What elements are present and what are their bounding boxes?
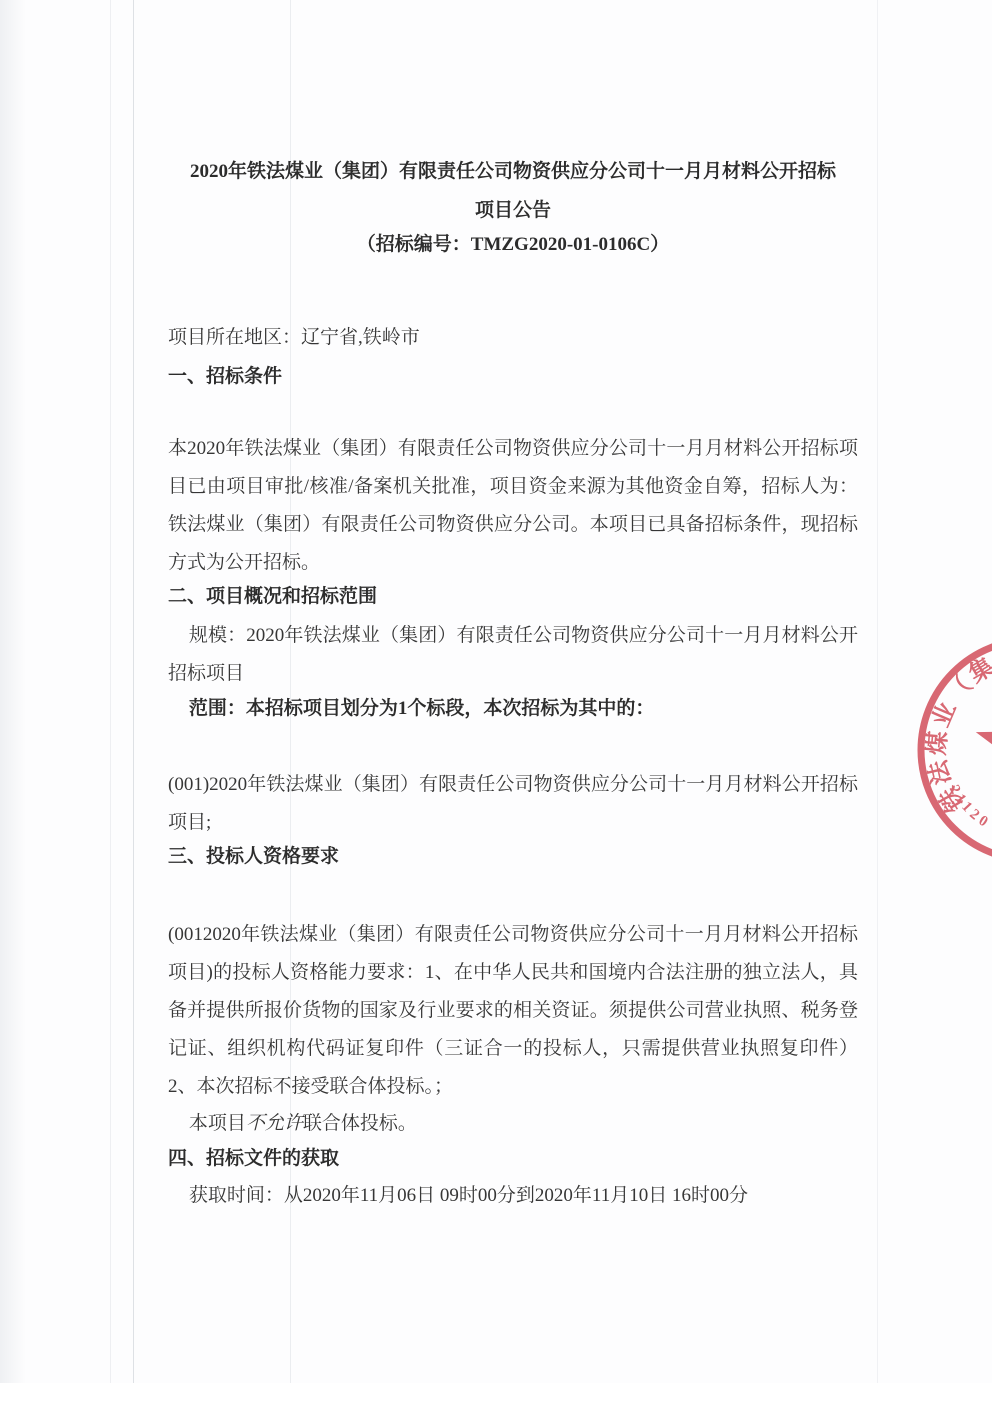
svg-text:21120: 21120	[946, 783, 992, 833]
document-title-line1: 2020年铁法煤业（集团）有限责任公司物资供应分公司十一月月材料公开招标	[168, 153, 858, 191]
seal-ring	[921, 640, 992, 860]
page-bottom-strip	[0, 1383, 992, 1403]
document-obtain-time-line: 获取时间：从2020年11月06日 09时00分到2020年11月10日 16时…	[168, 1177, 858, 1215]
lot-description-line: (001)2020年铁法煤业（集团）有限责任公司物资供应分公司十一月月材料公开招…	[168, 766, 858, 842]
scan-artifact-line	[110, 0, 111, 1403]
joint-venture-prefix: 本项目	[189, 1113, 246, 1134]
joint-venture-emphasis: 不允许	[246, 1113, 303, 1134]
seal-ring-text: 铁法煤业（集团）有限责任公司	[923, 642, 992, 818]
document-page: 2020年铁法煤业（集团）有限责任公司物资供应分公司十一月月材料公开招标 项目公…	[0, 0, 992, 1403]
joint-venture-suffix: 联合体投标。	[303, 1113, 417, 1134]
section3-paragraph: (0012020年铁法煤业（集团）有限责任公司物资供应分公司十一月月材料公开招标…	[168, 916, 858, 1106]
project-location: 项目所在地区：辽宁省,铁岭市	[168, 319, 858, 357]
scan-artifact-line	[877, 0, 878, 1403]
svg-text:铁法煤业（集团）有限责任公司: 铁法煤业（集团）有限责任公司	[923, 642, 992, 818]
tender-number: （招标编号：TMZG2020-01-0106C）	[168, 226, 858, 264]
project-scale-line: 规模：2020年铁法煤业（集团）有限责任公司物资供应分公司十一月月材料公开招标项…	[168, 617, 858, 693]
section1-heading: 一、招标条件	[168, 358, 858, 396]
page-edge-shadow	[0, 0, 26, 1403]
section3-heading: 三、投标人资格要求	[168, 838, 858, 876]
section2-heading: 二、项目概况和招标范围	[168, 578, 858, 616]
project-scope-line: 范围：本招标项目划分为1个标段，本次招标为其中的：	[168, 690, 858, 728]
section1-paragraph: 本2020年铁法煤业（集团）有限责任公司物资供应分公司十一月月材料公开招标项目已…	[168, 430, 858, 582]
scan-artifact-line	[133, 0, 134, 1403]
section4-heading: 四、招标文件的获取	[168, 1140, 858, 1178]
seal-star-icon	[976, 692, 992, 797]
joint-venture-line: 本项目不允许联合体投标。	[168, 1105, 858, 1143]
seal-serial-number: 21120	[946, 783, 992, 833]
company-seal-icon: 铁法煤业（集团）有限责任公司 21120	[881, 600, 992, 900]
document-title-line2: 项目公告	[168, 192, 858, 230]
